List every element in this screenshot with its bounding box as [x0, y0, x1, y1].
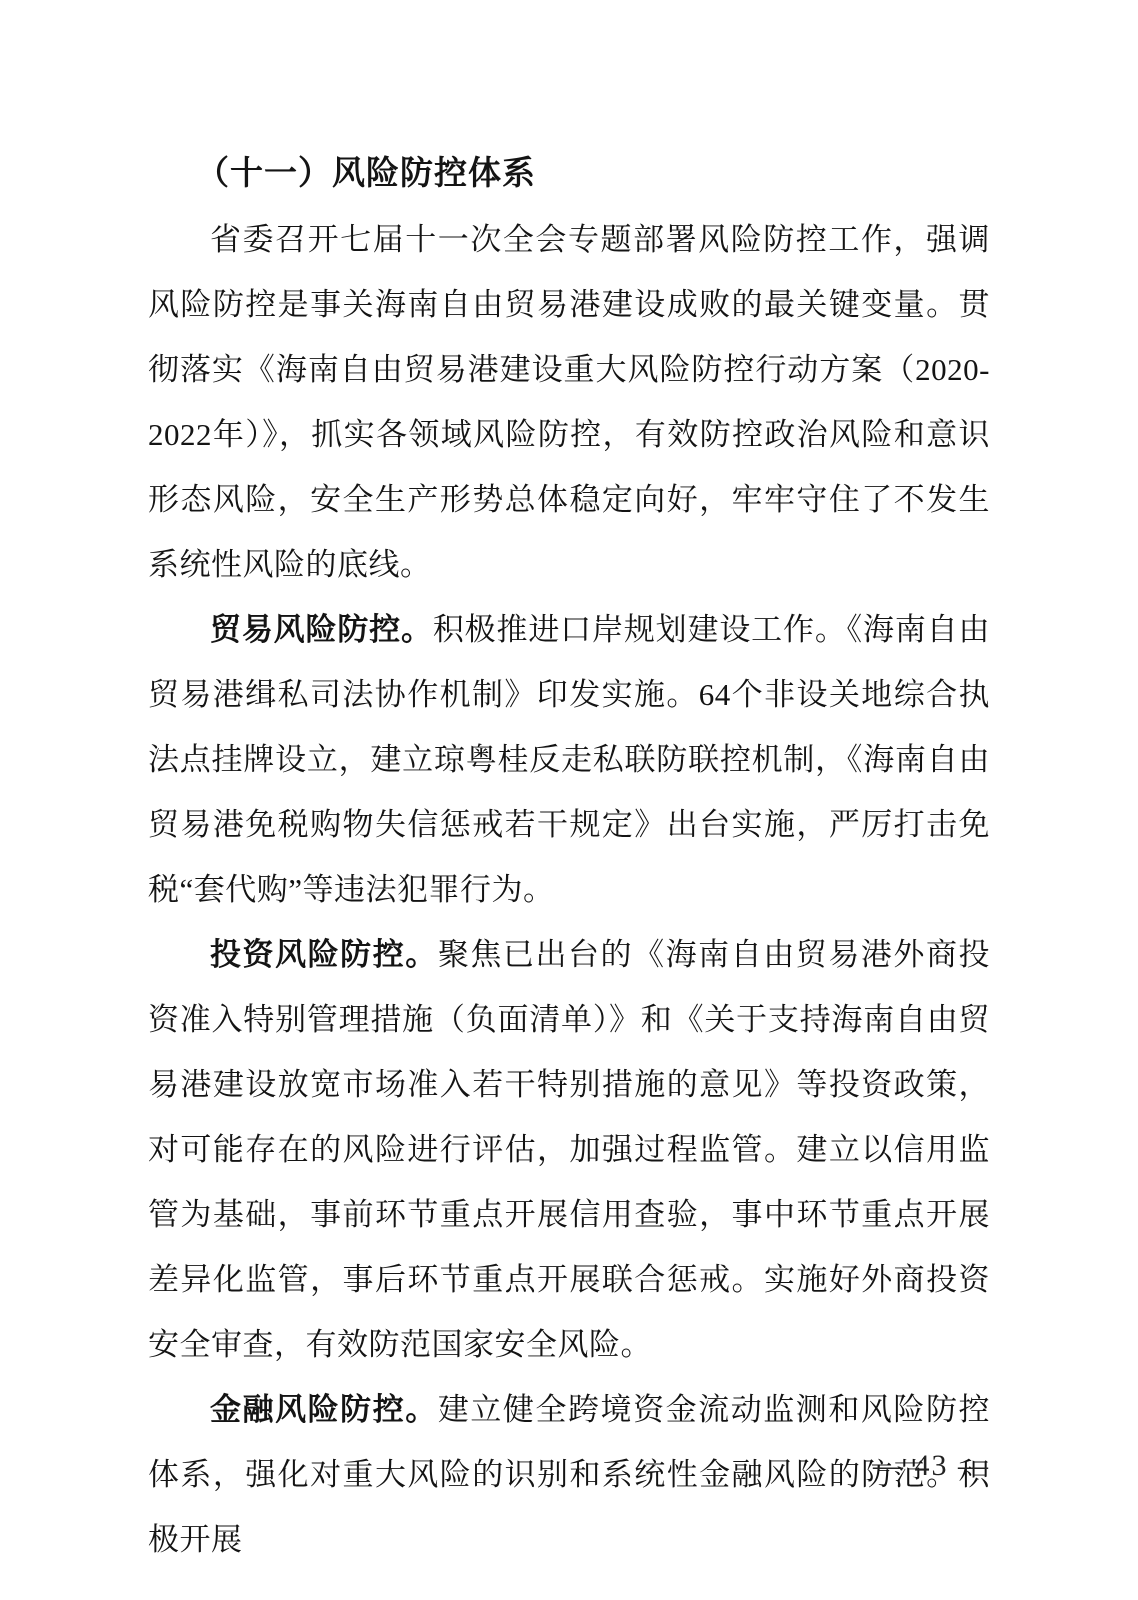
paragraph-text: 积极推进口岸规划建设工作。《海南自由贸易港缉私司法协作机制》印发实施。64个非设…: [148, 612, 990, 907]
section-heading: （十一）风险防控体系: [196, 142, 990, 207]
document-page: （十一）风险防控体系 省委召开七届十一次全会专题部署风险防控工作，强调风险防控是…: [0, 0, 1138, 1600]
paragraph-lead: 贸易风险防控。: [210, 612, 433, 647]
paragraph-text: 省委召开七届十一次全会专题部署风险防控工作，强调风险防控是事关海南自由贸易港建设…: [148, 222, 990, 582]
page-number: — 43 —: [873, 1448, 990, 1484]
paragraph-lead: 投资风险防控。: [210, 937, 438, 972]
paragraph-text: 聚焦已出台的《海南自由贸易港外商投资准入特别管理措施（负面清单）》和《关于支持海…: [148, 937, 990, 1362]
page-content: （十一）风险防控体系 省委召开七届十一次全会专题部署风险防控工作，强调风险防控是…: [148, 142, 990, 1572]
paragraph-trade-risk: 贸易风险防控。积极推进口岸规划建设工作。《海南自由贸易港缉私司法协作机制》印发实…: [148, 597, 990, 922]
paragraph-financial-risk: 金融风险防控。建立健全跨境资金流动监测和风险防控体系，强化对重大风险的识别和系统…: [148, 1377, 990, 1572]
paragraph-investment-risk: 投资风险防控。聚焦已出台的《海南自由贸易港外商投资准入特别管理措施（负面清单）》…: [148, 922, 990, 1377]
paragraph-intro: 省委召开七届十一次全会专题部署风险防控工作，强调风险防控是事关海南自由贸易港建设…: [148, 207, 990, 597]
paragraph-lead: 金融风险防控。: [210, 1392, 438, 1427]
